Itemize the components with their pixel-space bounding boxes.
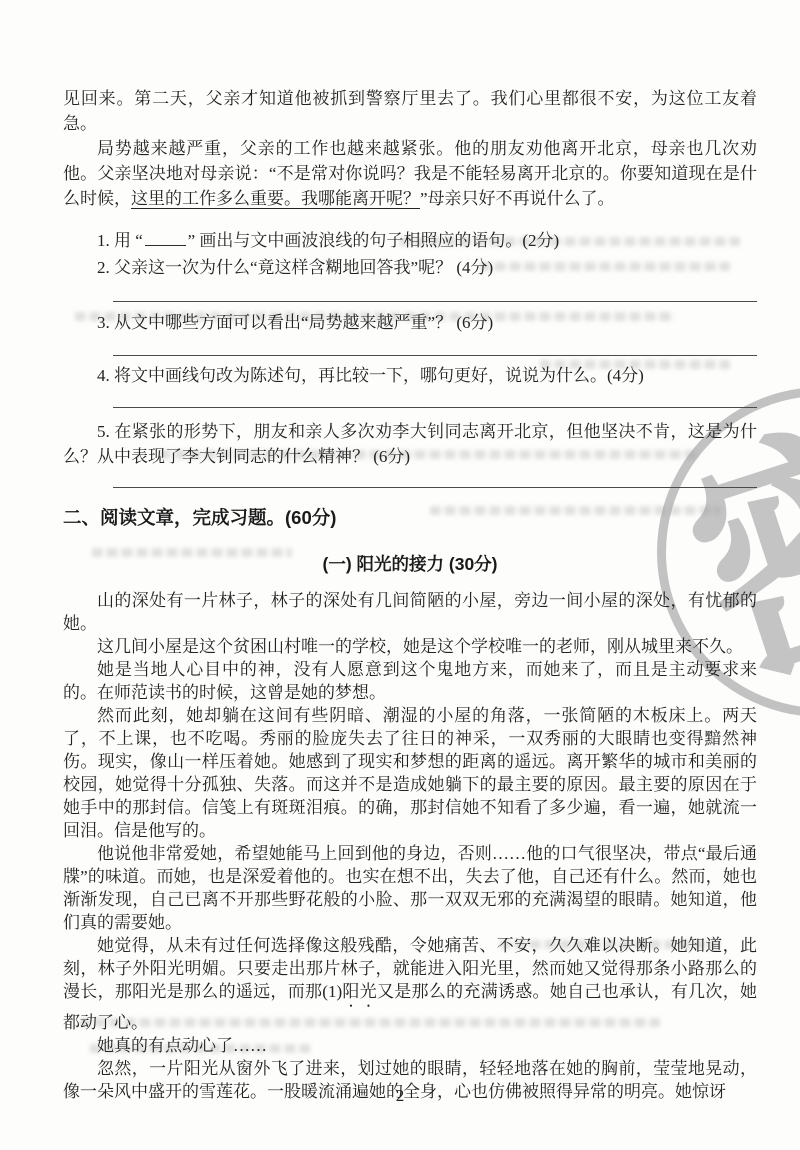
story-paragraph-2: 这几间小屋是这个贫困山村唯一的学校，她是这个学校唯一的老师，刚从城里来不久。: [63, 635, 757, 658]
question-4: 4. 将文中画线句改为陈述句，再比较一下，哪句更好，说说为什么。(4分): [63, 363, 757, 388]
passage-text-post: ”母亲只好不再说什么了。: [420, 189, 615, 208]
question-3: 3. 从文中哪些方面可以看出“局势越来越严重”？ (6分): [63, 310, 757, 335]
answer-line: [113, 407, 757, 408]
annotation-marker: (1): [322, 982, 342, 1001]
story-paragraph-3: 她是当地人心目中的神，没有人愿意到这个鬼地方来，而她来了，而且是主动要求来的。在…: [63, 658, 757, 704]
page-content: 见回来。第二天，父亲才知道他被抓到警察厅里去了。我们心里都很不安，为这位工友着急…: [63, 86, 757, 1103]
story-paragraph-5: 他说他非常爱她，希望她能马上回到他的身边，否则……他的口气很坚决，带点“最后通牒…: [63, 842, 757, 934]
exam-page-scan: 密 见回来。第二天，父亲才知道他被抓到警察厅里去了。我们心里都很不安，为这位工友…: [0, 0, 800, 1150]
story-title: (一) 阳光的接力 (30分): [63, 552, 757, 577]
story-paragraph-6: 她觉得，从未有过任何选择像这般残酷，令她痛苦、不安，久久难以决断。她知道，此刻，…: [63, 934, 757, 1034]
question-5: 5. 在紧张的形势下，朋友和亲人多次劝李大钊同志离开北京，但他坚决不肯，这是为什…: [63, 419, 757, 469]
page-number: 2: [0, 1086, 800, 1106]
story-paragraph-7: 她真的有点动心了……: [63, 1034, 757, 1057]
answer-line: [113, 487, 757, 488]
underlined-sentence: 这里的工作多么重要。我哪能离开呢？: [131, 189, 420, 208]
story-paragraph-1: 山的深处有一片林子，林子的深处有几间简陋的小屋，旁边一间小屋的深处，有忧郁的她。: [63, 589, 757, 635]
question-1-text-pre: 1. 用 “: [97, 231, 143, 250]
fill-in-blank: [145, 228, 186, 246]
answer-line: [113, 355, 757, 356]
section-heading: 二、阅读文章，完成习题。(60分): [63, 505, 757, 530]
question-1: 1. 用 “” 画出与文中画波浪线的句子相照应的语句。(2分): [63, 228, 757, 253]
story-paragraph-4: 然而此刻，她却躺在这间有些阴暗、潮湿的小屋的角落，一张简陋的木板床上。两天了，不…: [63, 704, 757, 842]
passage-continuation-line: 见回来。第二天，父亲才知道他被抓到警察厅里去了。我们心里都很不安，为这位工友着急…: [63, 86, 757, 136]
question-2: 2. 父亲这一次为什么“竟这样含糊地回答我”呢？ (4分): [63, 255, 757, 280]
question-1-text-post: ” 画出与文中画波浪线的句子相照应的语句。(2分): [188, 231, 560, 250]
answer-line: [113, 301, 757, 302]
emphasized-word: 阳光: [342, 982, 377, 1001]
passage-paragraph: 局势越来越严重，父亲的工作也越来越紧张。他的朋友劝他离开北京，母亲也几次劝他。父…: [63, 136, 757, 211]
